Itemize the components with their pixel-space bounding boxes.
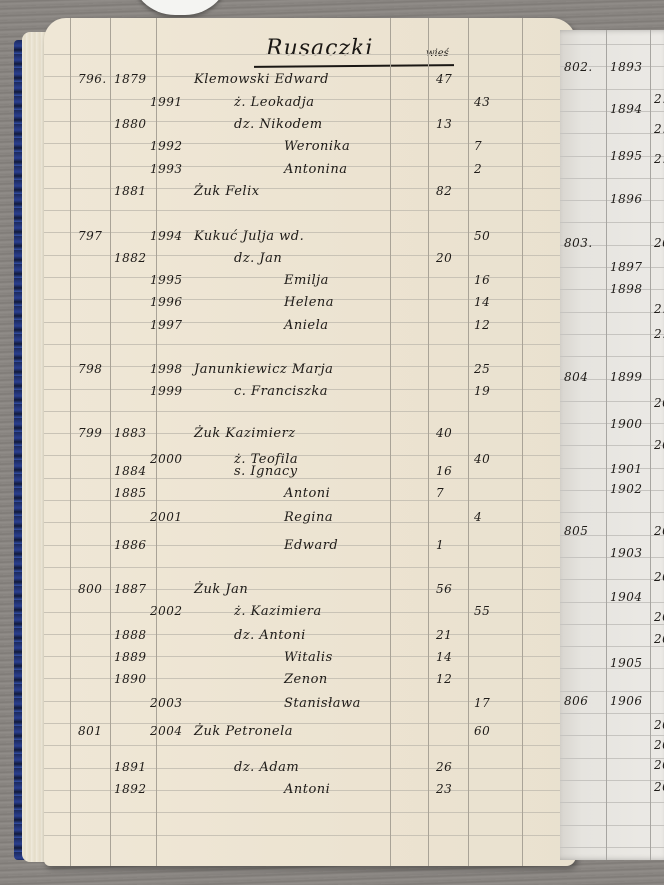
person-name: Żuk Kazimierz: [194, 426, 296, 441]
birth-year-female: 1994: [150, 229, 183, 243]
person-name: Żuk Jan: [194, 582, 248, 597]
birth-year-male: 1893: [610, 60, 643, 74]
birth-year-male: 1880: [114, 117, 147, 131]
birth-year-male: 1897: [610, 260, 643, 274]
person-name: Emilja: [284, 273, 329, 288]
ruled-line: [44, 812, 576, 813]
ruled-line: [44, 835, 576, 836]
birth-year-female: 2018: [654, 738, 664, 752]
birth-year-female: 201…: [654, 524, 664, 538]
ruled-line: [560, 713, 664, 714]
age-female: 40: [474, 452, 490, 466]
birth-year-female: 20…: [654, 236, 664, 250]
birth-year-male: 1881: [114, 184, 147, 198]
birth-year-female: 1996: [150, 295, 183, 309]
person-name: dz. Jan: [234, 251, 282, 266]
birth-year-female: 2019: [654, 758, 664, 772]
birth-year-female: 20…: [654, 438, 664, 452]
age-female: 17: [474, 696, 490, 710]
age-male: 82: [436, 184, 452, 198]
person-name: dz. Nikodem: [234, 117, 323, 132]
birth-year-female: 1999: [150, 384, 183, 398]
age-male: 20: [436, 251, 452, 265]
person-name: ż. Leokadja: [234, 95, 315, 110]
ruled-line: [560, 624, 664, 625]
person-name: c. Franciszka: [234, 384, 328, 399]
age-female: 50: [474, 229, 490, 243]
person-name: Witalis: [284, 650, 333, 665]
ruled-line: [44, 723, 576, 724]
birth-year-male: 1905: [610, 656, 643, 670]
birth-year-male: 1890: [114, 672, 147, 686]
column-rule: [606, 30, 607, 860]
entry-number: 805: [564, 524, 588, 538]
birth-year-male: 1901: [610, 462, 643, 476]
birth-year-female: 1995: [150, 273, 183, 287]
age-female: 14: [474, 295, 490, 309]
age-male: 47: [436, 72, 452, 86]
birth-year-female: 1997: [150, 318, 183, 332]
ruled-line: [560, 89, 664, 90]
age-male: 1: [436, 538, 444, 552]
column-rule: [650, 30, 651, 860]
age-female: 60: [474, 724, 490, 738]
birth-year-male: 1888: [114, 628, 147, 642]
ruled-line: [44, 745, 576, 746]
ruled-line: [44, 455, 576, 456]
birth-year-female: 201…: [654, 610, 664, 624]
birth-year-female: 2020: [654, 780, 664, 794]
ruled-line: [560, 445, 664, 446]
age-male: 16: [436, 464, 452, 478]
age-female: 43: [474, 95, 490, 109]
person-name: Żuk Felix: [194, 184, 260, 199]
birth-year-male: 1882: [114, 251, 147, 265]
entry-number: 799: [78, 426, 102, 440]
entry-number: 804: [564, 370, 588, 384]
person-name: Helena: [284, 295, 334, 310]
person-name: dz. Adam: [234, 760, 299, 775]
birth-year-female: 1993: [150, 162, 183, 176]
age-female: 25: [474, 362, 490, 376]
birth-year-male: 1896: [610, 192, 643, 206]
column-rule: [390, 18, 391, 866]
person-name: Kukuć Julja wd.: [194, 229, 304, 244]
age-male: 23: [436, 782, 452, 796]
ruled-line: [44, 344, 576, 345]
magnifier-lens-edge: [130, 0, 230, 15]
person-name: Regina: [284, 510, 333, 525]
birth-year-female: 2004: [150, 724, 183, 738]
age-male: 12: [436, 672, 452, 686]
age-female: 2: [474, 162, 482, 176]
birth-year-female: 201…: [654, 632, 664, 646]
ruled-line: [560, 847, 664, 848]
birth-year-female: 2001: [150, 510, 183, 524]
age-female: 19: [474, 384, 490, 398]
ruled-line: [560, 691, 664, 692]
birth-year-male: 1884: [114, 464, 147, 478]
ruled-line: [560, 579, 664, 580]
entry-number: 800: [78, 582, 102, 596]
title-underline: [254, 64, 454, 68]
birth-year-female: 2002: [150, 604, 183, 618]
age-female: 12: [474, 318, 490, 332]
age-female: 55: [474, 604, 490, 618]
page-title: Rusaczki: [266, 36, 373, 61]
birth-year-male: 1899: [610, 370, 643, 384]
birth-year-female: 2…: [654, 122, 664, 136]
birth-year-female: 1992: [150, 139, 183, 153]
birth-year-male: 1889: [114, 650, 147, 664]
entry-number: 806: [564, 694, 588, 708]
ruled-line: [560, 222, 664, 223]
column-rule: [522, 18, 523, 866]
person-name: s. Ignacy: [234, 464, 298, 479]
person-name: dz. Antoni: [234, 628, 306, 643]
age-female: 7: [474, 139, 482, 153]
birth-year-male: 1887: [114, 582, 147, 596]
person-name: Edward: [284, 538, 338, 553]
column-rule: [428, 18, 429, 866]
birth-year-male: 1883: [114, 426, 147, 440]
age-male: 13: [436, 117, 452, 131]
birth-year-female: 1998: [150, 362, 183, 376]
entry-number: 797: [78, 229, 102, 243]
birth-year-male: 1892: [114, 782, 147, 796]
entry-number: 801: [78, 724, 102, 738]
birth-year-female: 2000: [150, 452, 183, 466]
birth-year-male: 1900: [610, 417, 643, 431]
ruled-line: [560, 178, 664, 179]
age-male: 7: [436, 486, 444, 500]
birth-year-female: 2003: [150, 696, 183, 710]
person-name: Antonina: [284, 162, 347, 177]
ruled-line: [560, 512, 664, 513]
ruled-line: [560, 312, 664, 313]
ruled-line: [44, 567, 576, 568]
ruled-line: [560, 780, 664, 781]
person-name: Antoni: [284, 486, 330, 501]
age-male: 26: [436, 760, 452, 774]
birth-year-male: 1891: [114, 760, 147, 774]
birth-year-female: 2017: [654, 718, 664, 732]
birth-year-male: 1894: [610, 102, 643, 116]
ruled-line: [560, 646, 664, 647]
entry-number: 803.: [564, 236, 593, 250]
birth-year-female: 2…: [654, 92, 664, 106]
birth-year-male: 1885: [114, 486, 147, 500]
birth-year-male: 1906: [610, 694, 643, 708]
ledger-right-page: 802.18932…18942…18952…1896803.20…1897189…: [560, 30, 664, 860]
ruled-line: [560, 825, 664, 826]
age-male: 56: [436, 582, 452, 596]
person-name: ż. Kazimiera: [234, 604, 322, 619]
age-male: 40: [436, 426, 452, 440]
ruled-line: [560, 735, 664, 736]
ledger-left-page: Rusaczki wieś 796.1879Klemowski Edward47…: [44, 18, 576, 866]
birth-year-female: 2…: [654, 302, 664, 316]
birth-year-female: 201…: [654, 570, 664, 584]
ruled-line: [44, 232, 576, 233]
birth-year-female: 1991: [150, 95, 183, 109]
ruled-line: [560, 802, 664, 803]
ruled-line: [560, 356, 664, 357]
birth-year-female: 2…: [654, 327, 664, 341]
person-name: Weronika: [284, 139, 350, 154]
birth-year-male: 1895: [610, 149, 643, 163]
entry-number: 796.: [78, 72, 107, 86]
person-name: Stanisława: [284, 696, 361, 711]
person-name: Żuk Petronela: [194, 724, 293, 739]
birth-year-male: 1898: [610, 282, 643, 296]
ruled-line: [560, 401, 664, 402]
birth-year-male: 1904: [610, 590, 643, 604]
entry-number: 798: [78, 362, 102, 376]
entry-number: 802.: [564, 60, 593, 74]
person-name: Janunkiewicz Marja: [194, 362, 333, 377]
ruled-line: [560, 758, 664, 759]
age-male: 14: [436, 650, 452, 664]
birth-year-female: 20…: [654, 396, 664, 410]
ruled-line: [560, 44, 664, 45]
person-name: Antoni: [284, 782, 330, 797]
ruled-line: [560, 334, 664, 335]
column-rule: [110, 18, 111, 866]
ruled-line: [44, 411, 576, 412]
birth-year-male: 1879: [114, 72, 147, 86]
birth-year-female: 2…: [654, 152, 664, 166]
age-male: 21: [436, 628, 452, 642]
birth-year-male: 1903: [610, 546, 643, 560]
person-name: Zenon: [284, 672, 328, 687]
ruled-line: [44, 210, 576, 211]
column-rule: [70, 18, 71, 866]
person-name: Klemowski Edward: [194, 72, 329, 87]
age-female: 4: [474, 510, 482, 524]
ruled-line: [560, 133, 664, 134]
birth-year-male: 1886: [114, 538, 147, 552]
person-name: Aniela: [284, 318, 329, 333]
birth-year-male: 1902: [610, 482, 643, 496]
column-rule: [468, 18, 469, 866]
ruled-line: [44, 54, 576, 55]
age-female: 16: [474, 273, 490, 287]
